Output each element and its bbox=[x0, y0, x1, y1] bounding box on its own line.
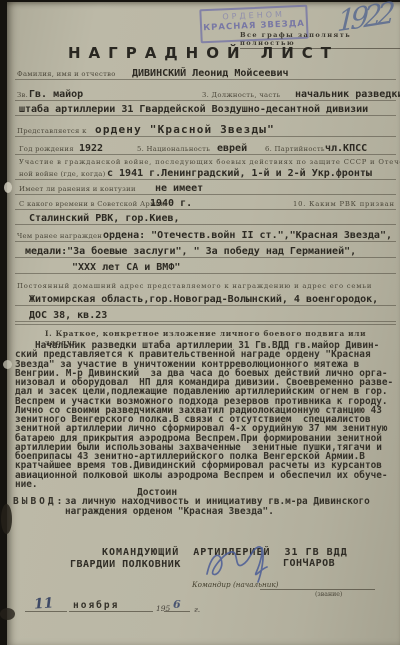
wounds-label: Имеет ли ранения и контузии bbox=[19, 185, 136, 193]
birth-label: Год рождения bbox=[19, 145, 74, 153]
date-rule2 bbox=[69, 610, 153, 612]
scan-artifact bbox=[0, 608, 15, 620]
position-value2: штаба артиллерии 31 Гвардейской Воздушно… bbox=[19, 104, 368, 115]
field-row-presented: Представляется к ордену "Красной Звезды" bbox=[15, 121, 396, 137]
date-rule3 bbox=[164, 610, 190, 612]
date-g-caption: г. bbox=[194, 605, 200, 614]
rank-value: Гв. майор bbox=[29, 89, 83, 100]
presented-value: ордену "Красной Звезды" bbox=[95, 123, 275, 136]
service-label: С какого времени в Советской Армии bbox=[19, 200, 165, 208]
presented-label: Представляется к bbox=[17, 127, 87, 135]
field-row-awards2: медали:"За боевые заслуги", " За победу … bbox=[15, 243, 396, 258]
drafted-label: 10. Каким РВК призван bbox=[293, 200, 395, 208]
drafted-value: Сталинский РВК, гор.Киев, bbox=[29, 213, 180, 224]
date-rule1 bbox=[25, 610, 67, 612]
commander-rule bbox=[260, 588, 375, 590]
citation-line: авиационной полковой школы аэродрома Вес… bbox=[15, 471, 400, 480]
field-row-address-label: Постоянный домашний адрес представляемог… bbox=[15, 277, 396, 291]
rank-label: Зв. bbox=[17, 91, 28, 99]
awards-value1: ордена: "Отечеств.войн II ст.","Красная … bbox=[103, 230, 392, 241]
field-row-participation2: ной войне (где, когда) с 1941 г.Ленингра… bbox=[15, 165, 396, 180]
field-row-wounds: Имеет ли ранения и контузии не имеет bbox=[15, 180, 396, 195]
awards-label: Чем ранее награжден bbox=[17, 232, 102, 240]
field-row-rank-position: Зв. Гв. майор 3. Должность, часть началь… bbox=[15, 86, 396, 101]
party-label: 6. Партийность bbox=[265, 145, 325, 153]
field-row-awards1: Чем ранее награжден ордена: "Отечеств.во… bbox=[15, 227, 396, 242]
scan-artifact bbox=[1, 504, 12, 534]
field-row-position2: штаба артиллерии 31 Гвардейской Воздушно… bbox=[15, 101, 396, 116]
address-label: Постоянный домашний адрес представляемог… bbox=[17, 282, 372, 290]
section-divider bbox=[15, 310, 396, 325]
position-value: начальник разведки bbox=[295, 89, 400, 100]
name-value: ДИВИНСКИЙ Леонид Мойсеевич bbox=[132, 68, 289, 79]
commander-rank: ГВАРДИИ ПОЛКОВНИК bbox=[70, 559, 181, 570]
position-label: 3. Должность, часть bbox=[202, 91, 281, 99]
name-label: Фамилия, имя и отчество bbox=[17, 70, 116, 78]
scan-artifact bbox=[3, 360, 12, 369]
participation-value: с 1941 г.Ленинградский, 1-й и 2-й Укр.фр… bbox=[107, 168, 372, 179]
citation-body: Начальник разведки штаба артиллерии 31 Г… bbox=[15, 341, 400, 489]
scanned-page: ОРДЕНОМ КРАСНАЯ ЗВЕЗДА 1922 Все графы за… bbox=[0, 0, 400, 645]
document-title: НАГРАДНОЙ ЛИСТ bbox=[7, 44, 400, 62]
field-row-service: С какого времени в Советской Армии 1940 … bbox=[15, 195, 396, 210]
nationality-label: 5. Национальность bbox=[137, 145, 210, 153]
field-row-rvk: Сталинский РВК, гор.Киев, bbox=[15, 210, 396, 225]
field-row-awards3: "XXX лет СА и ВМФ" bbox=[15, 259, 396, 274]
field-row-address1: Житомирская область,гор.Новоград-Волынск… bbox=[15, 291, 396, 306]
awards-value3: "XXX лет СА и ВМФ" bbox=[72, 262, 180, 273]
scan-artifact bbox=[4, 182, 12, 193]
rank-caption: (звание) bbox=[315, 591, 342, 598]
vyvod-line2: награждения орденом "Красная Звезда". bbox=[65, 506, 274, 517]
citation-line: ние. bbox=[15, 480, 400, 489]
field-row-name: Фамилия, имя и отчество ДИВИНСКИЙ Леонид… bbox=[15, 65, 396, 80]
participation-label2: ной войне (где, когда) bbox=[19, 170, 106, 178]
document-paper: ОРДЕНОМ КРАСНАЯ ЗВЕЗДА 1922 Все графы за… bbox=[7, 2, 400, 645]
service-value: 1940 г. bbox=[150, 198, 192, 209]
address-value1: Житомирская область,гор.Новоград-Волынск… bbox=[29, 294, 378, 305]
handwritten-signature bbox=[199, 538, 291, 586]
vyvod-label: ВЫВОД: bbox=[13, 496, 65, 507]
awards-value2: медали:"За боевые заслуги", " За победу … bbox=[25, 246, 356, 257]
wounds-value: не имеет bbox=[155, 183, 203, 194]
